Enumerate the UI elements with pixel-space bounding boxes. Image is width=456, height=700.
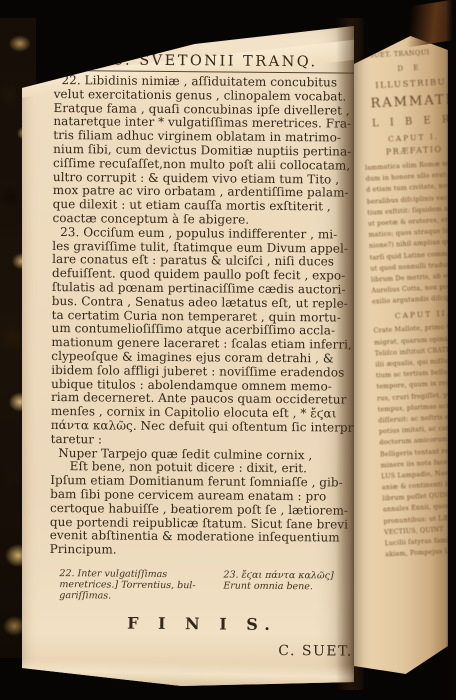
text-line: Erunt omnia bene.: [223, 580, 355, 592]
left-page: 380 C. SVETONII TRANQ. 22. Libidinis nim…: [22, 24, 354, 688]
page-number: 380: [54, 52, 84, 68]
footnote-right: 23. ἔϛαι πάντα καλῶς]Erunt omnia bene.: [223, 569, 355, 603]
book-photo-scene: 380 C. SVETONII TRANQ. 22. Libidinis nim…: [0, 0, 456, 700]
page-header: 380 C. SVETONII TRANQ.: [54, 52, 360, 74]
running-title: C. SVETONII TRANQ.: [84, 52, 360, 70]
right-caput-2: CAPUT II.: [373, 308, 456, 322]
right-body-2: Crate Mallote, primo Grammmigrat, quarum…: [373, 321, 456, 561]
right-page-text-block: C. SUET. TRANQUI D E ILLUSTRIBU RAMMATI …: [359, 47, 456, 561]
footnotes: 22. Inter vulgatiſſimasmeretrices.] Torr…: [49, 568, 355, 604]
right-body-1: lammatica olim Romæ nedum in honore ullo…: [365, 158, 456, 308]
right-title-grammaticis: RAMMATI: [361, 92, 456, 112]
left-page-text-block: 380 C. SVETONII TRANQ. 22. Libidinis nim…: [49, 52, 360, 660]
right-title-illustribus: ILLUSTRIBU: [361, 77, 456, 92]
finis-text: F I N I S.: [49, 613, 355, 635]
right-caput-1: CAPUT I.: [363, 131, 456, 145]
text-line: gariſſimas.: [59, 590, 211, 602]
right-praefatio: PRÆFATIO: [364, 144, 456, 158]
catchword: C. SUET.: [49, 641, 355, 660]
page-bottom-edge: [22, 659, 354, 692]
footnote-left: 22. Inter vulgatiſſimasmeretrices.] Torr…: [49, 568, 211, 602]
right-title-liber: L I B E R: [363, 114, 456, 130]
right-running-title: C. SUET. TRANQUI: [359, 47, 456, 60]
book-cover-right-edge: [446, 0, 456, 700]
body-text: 22. Libidinis nimiæ , aſſiduitatem concu…: [50, 74, 360, 560]
right-page: C. SUET. TRANQUI D E ILLUSTRIBU RAMMATI …: [354, 20, 448, 680]
text-line: Principum.: [50, 543, 356, 559]
right-title-de: D E: [360, 62, 456, 75]
